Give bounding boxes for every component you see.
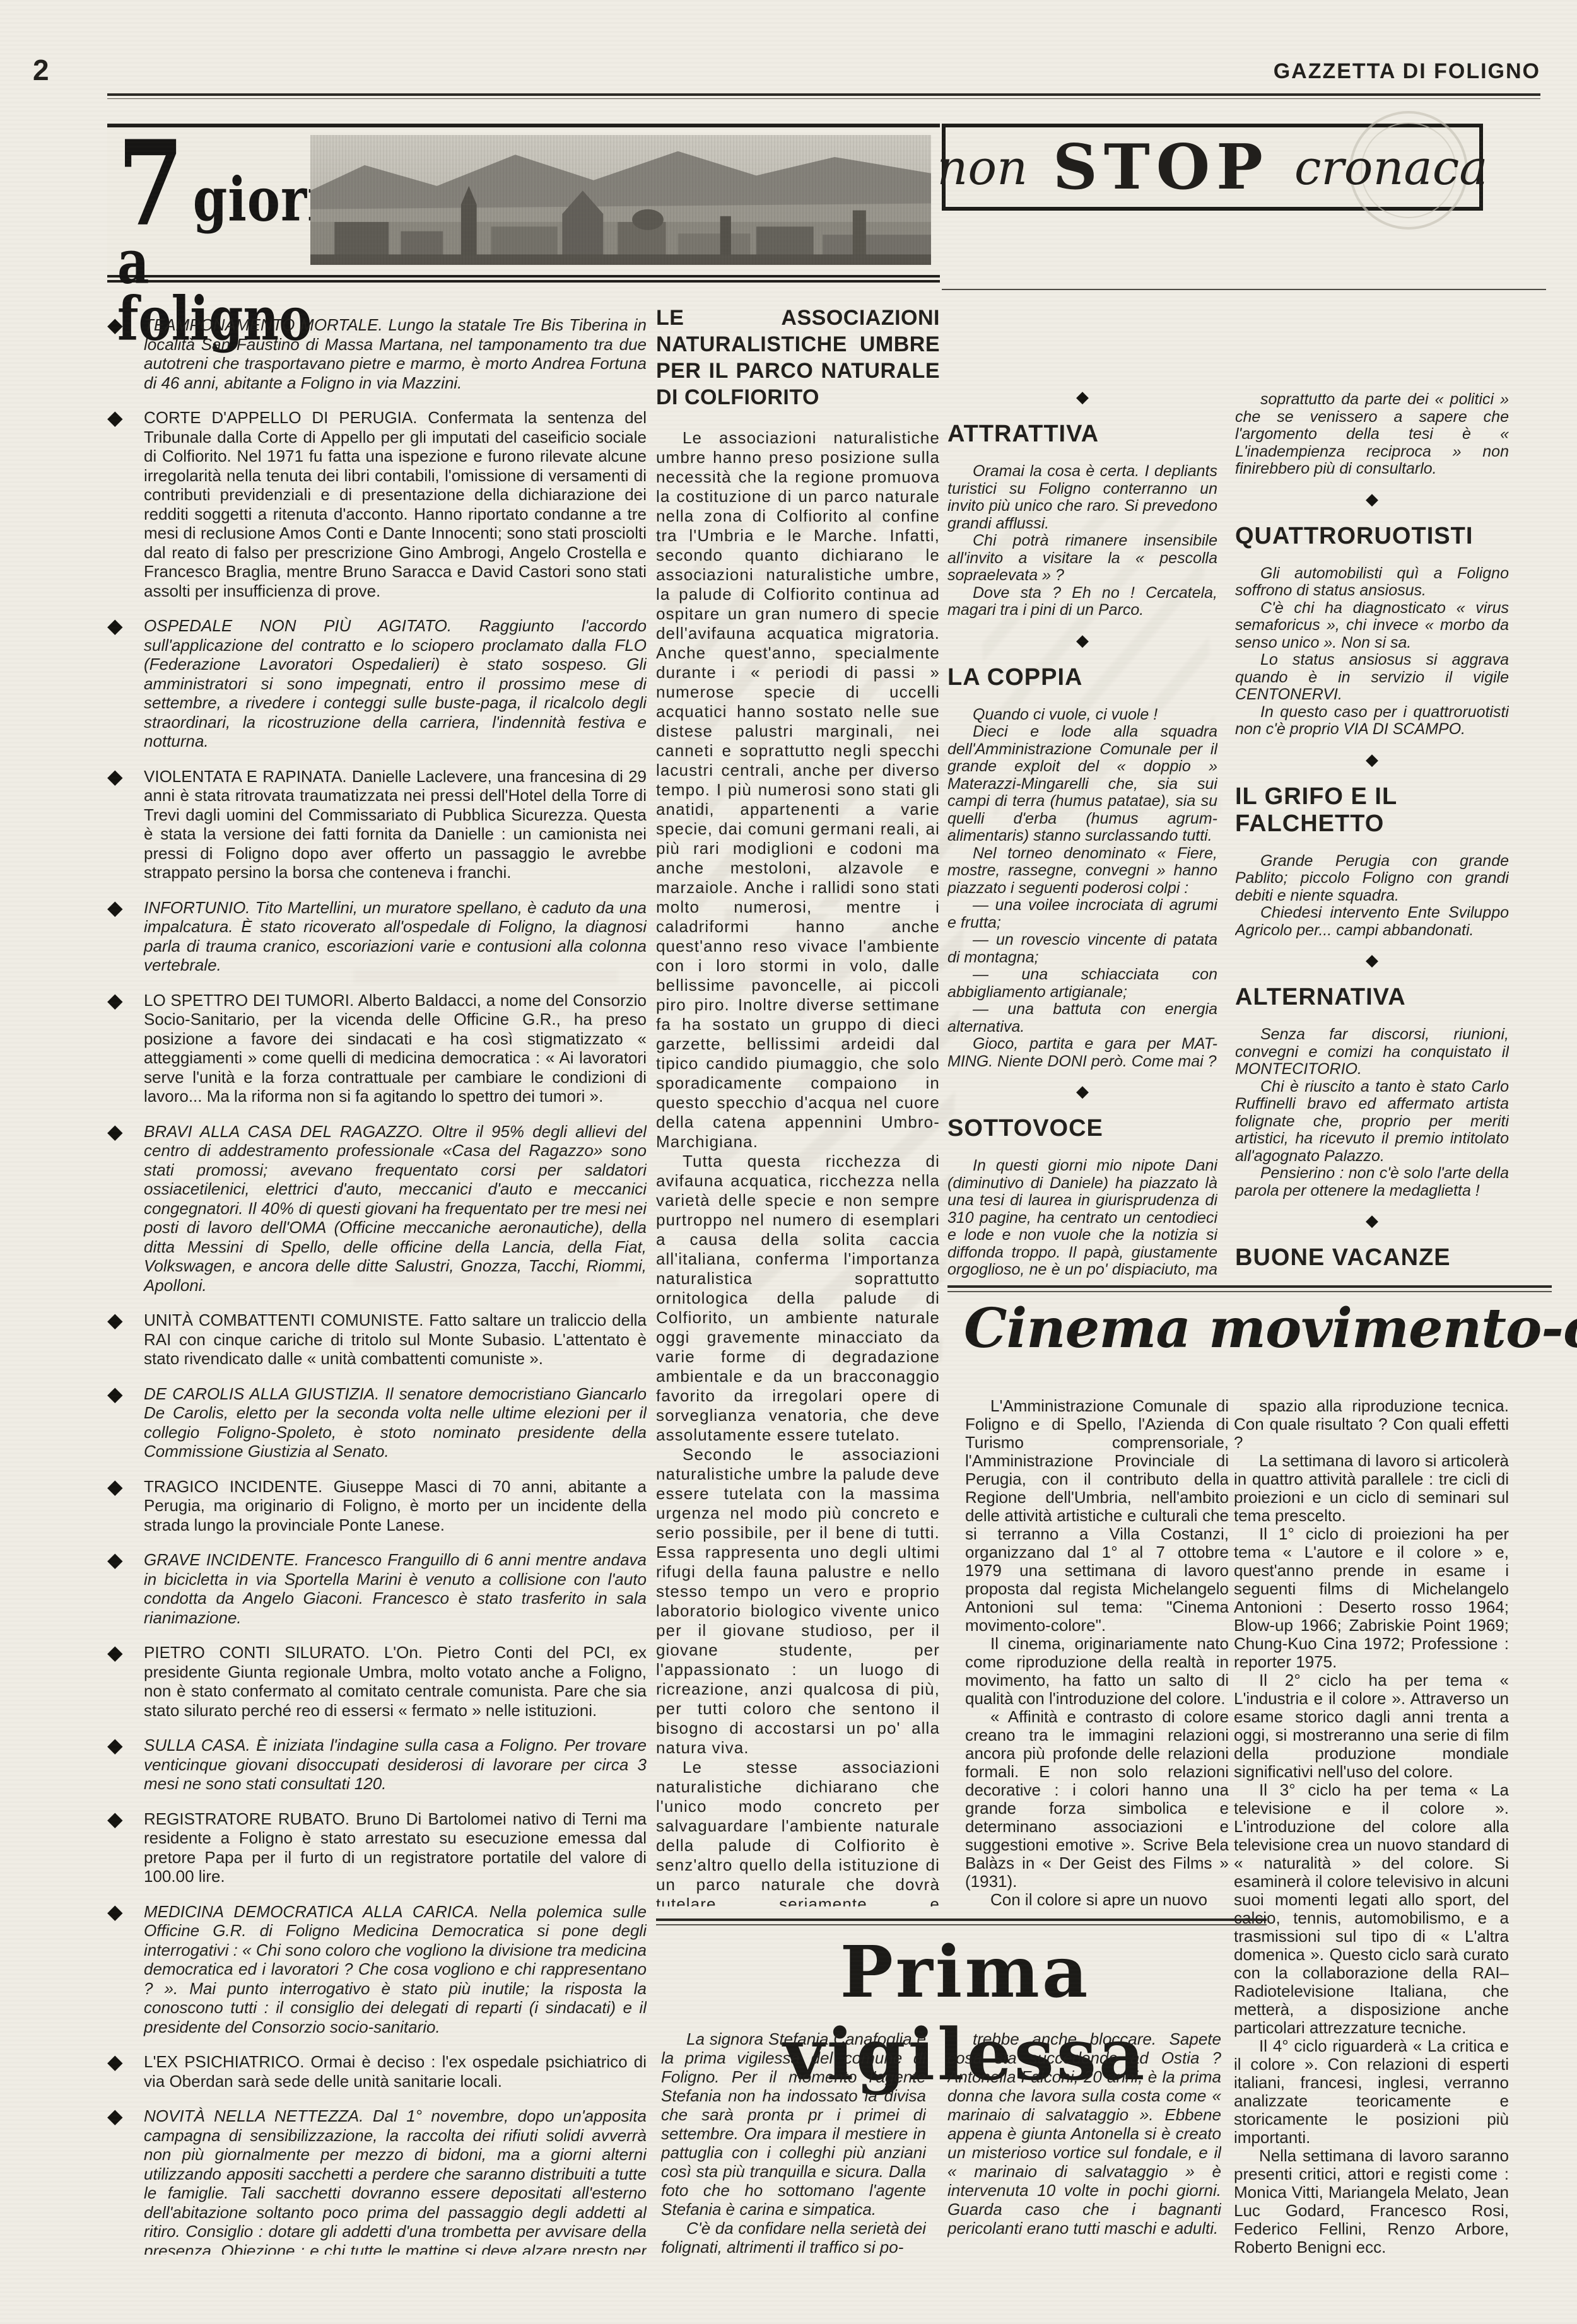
news-brief: ◆ L'EX PSICHIATRICO. Ormai è deciso : l'… [107,2052,647,2091]
news-brief-text: LO SPETTRO DEI TUMORI. Alberto Baldacci,… [144,991,647,1106]
news-brief-text: CORTE D'APPELLO DI PERUGIA. Confermata l… [144,408,647,600]
diamond-bullet-icon: ◆ [107,2052,144,2091]
news-brief-title: MEDICINA DEMOCRATICA ALLA CARICA. [144,1902,479,1921]
diamond-divider-icon: ◆ [947,387,1217,407]
cronaca-column-2-sections: ◆ QUATTRORUOTISTI Gli automobilisti quì … [1235,489,1509,1275]
news-brief: ◆ OSPEDALE NON PIÙ AGITATO. Raggiunto l'… [107,616,647,751]
cronaca-section: ◆ BUONE VACANZE in questa nostra città a… [1235,1211,1509,1274]
diamond-divider-icon: ◆ [1235,750,1509,769]
cronaca-paragraph: Chiedesi intervento Ente Sviluppo Agrico… [1235,904,1509,939]
cronaca-paragraph: Gioco, partita e gara per MAT-MING. Nien… [947,1036,1217,1070]
seven-days-column: ◆ TEAMPONAMENTO MORTALE. Lungo la statal… [107,315,647,2255]
diamond-bullet-icon: ◆ [107,408,144,600]
section-masthead: 7 giorni a foligno [107,124,940,283]
news-brief-text: INFORTUNIO. Tito Martellini, un muratore… [144,898,647,975]
cinema-paragraph: Il 2° ciclo ha per tema « L'industria e … [1234,1671,1509,1781]
diamond-bullet-icon: ◆ [107,1902,144,2037]
diamond-bullet-icon: ◆ [107,616,144,751]
news-brief-title: VIOLENTATA E RAPINATA. [144,767,347,786]
news-brief-title: UNITÀ COMBATTENTI COMUNISTE. [144,1311,423,1329]
diamond-divider-icon: ◆ [1235,950,1509,970]
cronaca-section: ◆ SOTTOVOCE In questi giorni mio nipote … [947,1082,1217,1278]
cronaca-section-heading: ATTRATTIVA [947,421,1217,448]
banner-word-stop: STOP [1053,131,1269,204]
news-brief-title: SULLA CASA. [144,1736,250,1755]
diamond-divider-icon: ◆ [1235,1211,1509,1230]
cronaca-paragraph: Oramai la cosa è certa. I depliants turi… [947,463,1217,532]
cinema-paragraph: Il cinema, originariamente nato come rip… [965,1635,1229,1708]
news-brief: ◆ SULLA CASA. È iniziata l'indagine sull… [107,1736,647,1794]
cinema-paragraph: L'Amministrazione Comunale di Foligno e … [965,1397,1229,1635]
vigilessa-paragraph: trebbe anche bloccare. Sapete cosa sta s… [947,2029,1221,2238]
cronaca-section-heading: BUONE VACANZE [1235,1244,1509,1271]
news-brief-body: Oltre il 95% degli allievi del centro di… [144,1122,647,1295]
diamond-divider-icon: ◆ [1235,489,1509,509]
news-brief-title: PIETRO CONTI SILURATO. [144,1643,370,1662]
vigilessa-paragraph: La signora Stefania Canafoglia è la prim… [661,2029,926,2219]
cronaca-section-body: Quando ci vuole, ci vuole !Dieci e lode … [947,706,1217,1071]
diamond-bullet-icon: ◆ [107,1809,144,1886]
park-article-paragraph: Le stesse associazioni naturalistiche di… [656,1758,940,1906]
cronaca-paragraph: — un rovescio vincente di patata di mont… [947,931,1217,966]
cinema-paragraph: Il 3° ciclo ha per tema « La televisione… [1234,1781,1509,2037]
news-brief-title: TRAGICO INCIDENTE. [144,1477,322,1496]
news-brief: ◆ PIETRO CONTI SILURATO. L'On. Pietro Co… [107,1643,647,1720]
news-brief-text: VIOLENTATA E RAPINATA. Danielle Laclever… [144,767,647,882]
news-brief-title: GRAVE INCIDENTE. [144,1550,299,1569]
banner-word-non: non [937,139,1028,196]
cronaca-paragraph: — una schiacciata con abbigliamento arti… [947,966,1217,1001]
cronaca-paragraph: Senza far discorsi, riunioni, convegni e… [1235,1026,1509,1078]
cronaca-paragraph: Nel torneo denominato « Fiere, mostre, r… [947,845,1217,897]
news-brief: ◆ BRAVI ALLA CASA DEL RAGAZZO. Oltre il … [107,1122,647,1295]
news-brief-text: GRAVE INCIDENTE. Francesco Franguillo di… [144,1550,647,1627]
cronaca-section: ◆ QUATTRORUOTISTI Gli automobilisti quì … [1235,489,1509,739]
news-brief: ◆ UNITÀ COMBATTENTI COMUNISTE. Fatto sal… [107,1311,647,1369]
news-brief-body: Dal 1° novembre, dopo un'apposita campag… [144,2106,647,2255]
news-brief: ◆ LO SPETTRO DEI TUMORI. Alberto Baldacc… [107,991,647,1106]
park-article-column: LE ASSOCIAZIONI NATURALISTICHE UMBRE PER… [656,305,940,1906]
cronaca-section-heading: IL GRIFO E IL FALCHETTO [1235,783,1509,838]
cinema-paragraph: Nella settimana di lavoro saranno presen… [1234,2147,1509,2257]
news-brief-title: LO SPETTRO DEI TUMORI. [144,991,354,1010]
cinema-paragraph: « Affinità e contrasto di colore creano … [965,1708,1229,1891]
news-brief-body: Raggiunto l'accordo sull'applicazione de… [144,616,647,750]
news-brief-text: L'EX PSICHIATRICO. Ormai è deciso : l'ex… [144,2052,647,2091]
news-brief-title: NOVITÀ NELLA NETTEZZA. [144,2106,363,2125]
diamond-divider-icon: ◆ [947,1082,1217,1101]
diamond-bullet-icon: ◆ [107,1477,144,1535]
news-brief-body: Confermata la sentenza del Tribunale dal… [144,408,647,600]
news-brief-text: TEAMPONAMENTO MORTALE. Lungo la statale … [144,315,647,392]
cronaca-section-heading: LA COPPIA [947,664,1217,691]
news-brief: ◆ INFORTUNIO. Tito Martellini, un murato… [107,898,647,975]
cronaca-paragraph: Lo status ansiosus si aggrava quando è i… [1235,651,1509,704]
diamond-bullet-icon: ◆ [107,898,144,975]
cronaca-section-body: In questi giorni mio nipote Dani (diminu… [947,1157,1217,1278]
cronaca-section: ◆ LA COPPIA Quando ci vuole, ci vuole !D… [947,631,1217,1071]
cronaca-section: ◆ ALTERNATIVA Senza far discorsi, riunio… [1235,950,1509,1200]
news-brief: ◆ REGISTRATORE RUBATO. Bruno Di Bartolom… [107,1809,647,1886]
cinema-paragraph: Con il colore si apre un nuovo [965,1891,1229,1908]
vigilessa-paragraph: C'è da confidare nella serietà dei folig… [661,2219,926,2257]
news-brief-text: MEDICINA DEMOCRATICA ALLA CARICA. Nella … [144,1902,647,2037]
diamond-divider-icon: ◆ [947,631,1217,650]
diamond-bullet-icon: ◆ [107,1643,144,1720]
cronaca-paragraph: Dieci e lode alla squadra dell'Amministr… [947,723,1217,845]
cinema-article-title: Cinema movimento-colore [964,1297,1573,1360]
news-brief-text: SULLA CASA. È iniziata l'indagine sulla … [144,1736,647,1794]
news-brief: ◆ TRAGICO INCIDENTE. Giuseppe Masci di 7… [107,1477,647,1535]
news-brief-title: INFORTUNIO. [144,898,250,917]
diamond-bullet-icon: ◆ [107,315,144,392]
diamond-bullet-icon: ◆ [107,1550,144,1627]
vigilessa-article-column-1: La signora Stefania Canafoglia è la prim… [661,2029,926,2301]
cinema-article-column-2: spazio alla riproduzione tecnica. Con qu… [1234,1397,1509,2280]
cronaca-paragraph: Gli automobilisti quì a Foligno soffrono… [1235,565,1509,600]
logo-numeral: 7 [117,138,184,230]
cronaca-paragraph: Dove sta ? Eh no ! Cercatela, magari tra… [947,585,1217,619]
cronaca-section-heading: QUATTRORUOTISTI [1235,523,1509,550]
cronaca-section-body: Oramai la cosa è certa. I depliants turi… [947,463,1217,619]
news-brief: ◆ VIOLENTATA E RAPINATA. Danielle Laclev… [107,767,647,882]
cronaca-paragraph: — una battuta con energia alternativa. [947,1001,1217,1036]
news-brief-title: L'EX PSICHIATRICO. [144,2052,304,2071]
cinema-paragraph: spazio alla riproduzione tecnica. Con qu… [1234,1397,1509,1452]
diamond-bullet-icon: ◆ [107,991,144,1106]
cronaca-paragraph: Chi è riuscito a tanto è stato Carlo Ruf… [1235,1078,1509,1165]
vigilessa-article-column-2: trebbe anche bloccare. Sapete cosa sta s… [947,2029,1221,2301]
park-article-paragraph: Tutta questa ricchezza di avifauna acqua… [656,1152,940,1445]
cronaca-section-heading: SOTTOVOCE [947,1115,1217,1142]
cronaca-column-2: soprattutto da parte dei « politici » ch… [1235,391,1509,1274]
park-article-paragraph: Secondo le associazioni naturalistiche u… [656,1445,940,1758]
cronaca-paragraph: In questo caso per i quattroruotisti non… [1235,704,1509,739]
cronaca-paragraph: Pensierino : non c'è solo l'arte della p… [1235,1165,1509,1200]
news-brief-text: BRAVI ALLA CASA DEL RAGAZZO. Oltre il 95… [144,1122,647,1295]
banner-under-rule [942,289,1546,290]
news-brief-title: DE CAROLIS ALLA GIUSTIZIA. [144,1384,379,1403]
cronaca-section-heading: ALTERNATIVA [1235,984,1509,1011]
diamond-bullet-icon: ◆ [107,2106,144,2255]
city-panorama-photo [310,135,931,265]
news-brief: ◆ TEAMPONAMENTO MORTALE. Lungo la statal… [107,315,647,392]
cinema-top-rule [947,1285,1552,1292]
newspaper-page: 2 GAZZETTA DI FOLIGNO 7 giorni a foligno [0,0,1577,2324]
cronaca-section-body: Senza far discorsi, riunioni, convegni e… [1235,1026,1509,1200]
news-brief-title: TEAMPONAMENTO MORTALE. [144,315,383,334]
news-brief-text: PIETRO CONTI SILURATO. L'On. Pietro Cont… [144,1643,647,1720]
cinema-paragraph: Il 1° ciclo di proiezioni ha per tema « … [1234,1525,1509,1671]
diamond-bullet-icon: ◆ [107,1736,144,1794]
cronaca-section: ◆ IL GRIFO E IL FALCHETTO Grande Perugia… [1235,750,1509,940]
vigilessa-top-rule [656,1918,1267,1925]
cronaca-paragraph: In questi giorni mio nipote Dani (diminu… [947,1157,1217,1278]
nonstop-cronaca-banner: non STOP cronaca [942,124,1483,211]
news-brief-text: REGISTRATORE RUBATO. Bruno Di Bartolomei… [144,1809,647,1886]
cronaca-paragraph: Chi potrà rimanere insensibile all'invit… [947,532,1217,585]
newspaper-brand: GAZZETTA DI FOLIGNO [1274,59,1540,84]
news-brief-title: BRAVI ALLA CASA DEL RAGAZZO. [144,1122,424,1141]
news-brief: ◆ NOVITÀ NELLA NETTEZZA. Dal 1° novembre… [107,2106,647,2255]
cronaca-column-1: ◆ ATTRATTIVA Oramai la cosa è certa. I d… [947,376,1217,1278]
cinema-article-column-1: L'Amministrazione Comunale di Foligno e … [965,1397,1229,1908]
news-brief-title: OSPEDALE NON PIÙ AGITATO. [144,616,452,635]
news-brief-text: NOVITÀ NELLA NETTEZZA. Dal 1° novembre, … [144,2106,647,2255]
news-brief: ◆ MEDICINA DEMOCRATICA ALLA CARICA. Nell… [107,1902,647,2037]
diamond-bullet-icon: ◆ [107,1384,144,1461]
park-article-paragraph: Le associazioni naturalistiche umbre han… [656,428,940,1152]
cronaca-paragraph: — una voilee incrociata di agrumi e frut… [947,897,1217,931]
news-brief-text: UNITÀ COMBATTENTI COMUNISTE. Fatto salta… [144,1311,647,1369]
park-article-heading: LE ASSOCIAZIONI NATURALISTICHE UMBRE PER… [656,305,940,411]
header-rule [107,93,1540,99]
seven-days-logo: 7 giorni a foligno [107,127,307,307]
park-article-body: Le associazioni naturalistiche umbre han… [656,428,940,1906]
cronaca-section-body: Grande Perugia con grande Pablito; picco… [1235,853,1509,940]
cronaca-paragraph: C'è chi ha diagnosticato « virus semafor… [1235,600,1509,652]
news-brief: ◆ CORTE D'APPELLO DI PERUGIA. Confermata… [107,408,647,600]
news-brief-body: Nella polemica sulle Officine G.R. di Fo… [144,1902,647,2036]
panorama-illustration [310,135,931,265]
news-brief: ◆ DE CAROLIS ALLA GIUSTIZIA. Il senatore… [107,1384,647,1461]
news-brief-title: REGISTRATORE RUBATO. [144,1809,349,1828]
page-number: 2 [33,53,49,87]
cronaca-lead-paragraph: soprattutto da parte dei « politici » ch… [1235,391,1509,478]
news-brief-title: CORTE D'APPELLO DI PERUGIA. [144,408,417,427]
banner-word-cronaca: cronaca [1294,139,1488,196]
cinema-paragraph: Il 4° ciclo riguarderà « La critica e il… [1234,2037,1509,2147]
cronaca-section: ◆ ATTRATTIVA Oramai la cosa è certa. I d… [947,387,1217,619]
news-brief-text: TRAGICO INCIDENTE. Giuseppe Masci di 70 … [144,1477,647,1535]
diamond-bullet-icon: ◆ [107,767,144,882]
diamond-bullet-icon: ◆ [107,1311,144,1369]
news-brief-text: OSPEDALE NON PIÙ AGITATO. Raggiunto l'ac… [144,616,647,751]
news-brief-text: DE CAROLIS ALLA GIUSTIZIA. Il senatore d… [144,1384,647,1461]
news-brief: ◆ GRAVE INCIDENTE. Francesco Franguillo … [107,1550,647,1627]
cronaca-section-body: Gli automobilisti quì a Foligno soffrono… [1235,565,1509,739]
cinema-paragraph: La settimana di lavoro si articolerà in … [1234,1452,1509,1525]
cronaca-paragraph: Grande Perugia con grande Pablito; picco… [1235,853,1509,905]
diamond-bullet-icon: ◆ [107,1122,144,1295]
cronaca-paragraph: Quando ci vuole, ci vuole ! [947,706,1217,724]
